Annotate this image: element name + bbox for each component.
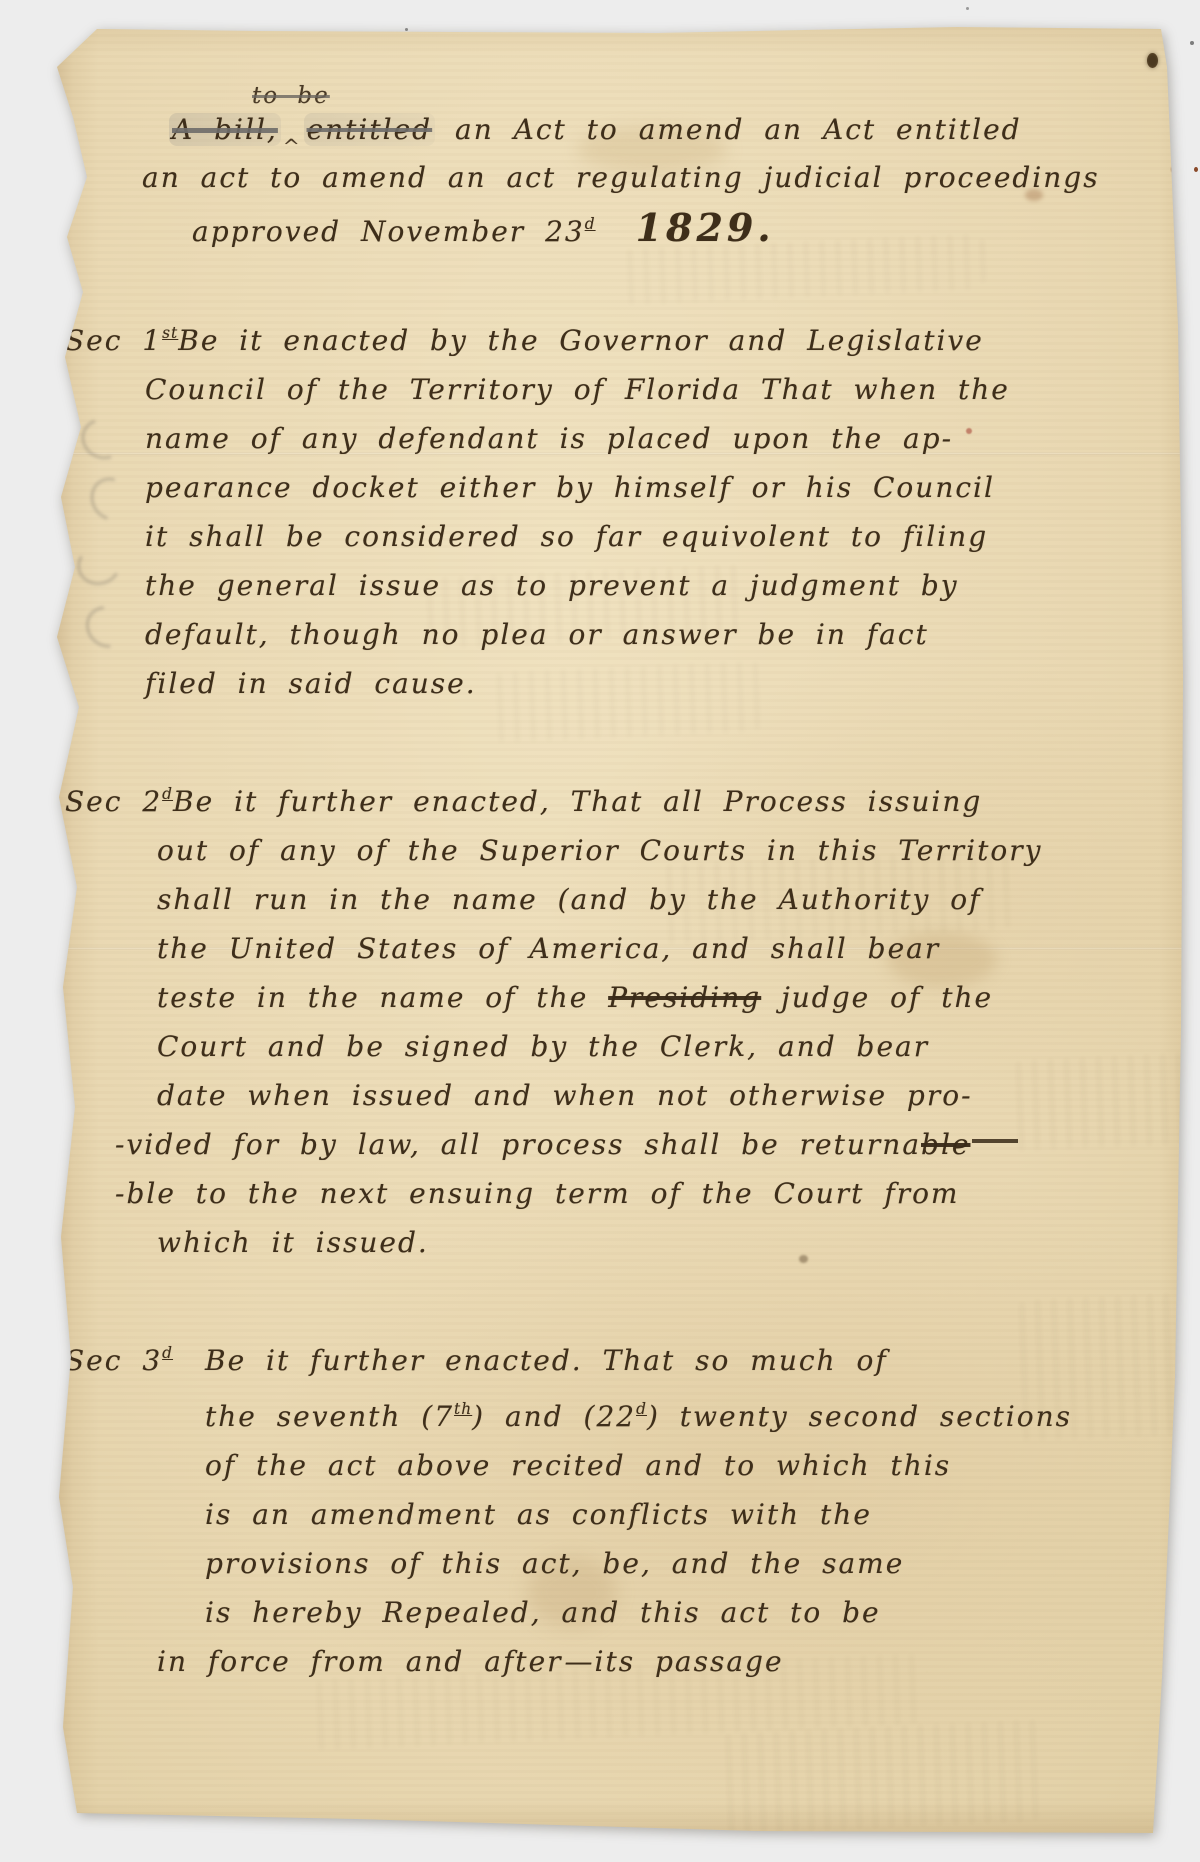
body-text: ) and (22 <box>472 1400 636 1433</box>
manuscript-paper: to be A bill,^entitled an Act to amend a… <box>57 27 1185 1835</box>
ordinal-superscript: st <box>162 324 178 342</box>
section-1-line-6: the general issue as to prevent a judgme… <box>145 561 1185 610</box>
manuscript-text: to be A bill,^entitled an Act to amend a… <box>57 27 1185 1835</box>
section-1-line-1: Sec 1stBe it enacted by the Governor and… <box>65 309 1185 365</box>
section-2-line-2: out of any of the Superior Courts in thi… <box>157 826 1185 875</box>
title-line-3: approved November 23d1829. <box>192 201 1185 255</box>
ordinal-superscript: d <box>162 1344 173 1362</box>
section-3-label: Sec 3d <box>65 1329 205 1385</box>
section-3: Sec 3dBe it further enacted. That so muc… <box>57 1329 1185 1686</box>
section-2-line-8: -vided for by law, all process shall be … <box>115 1120 1185 1169</box>
section-2-line-6: Court and be signed by the Clerk, and be… <box>157 1022 1185 1071</box>
section-number: Sec 2 <box>65 785 162 818</box>
section-number: Sec 1 <box>65 324 162 357</box>
body-text: its passage <box>595 1645 784 1678</box>
section-2-line-10: which it issued. <box>157 1218 1185 1267</box>
ordinal-superscript: d <box>162 785 173 803</box>
section-2: Sec 2dBe it further enacted, That all Pr… <box>57 770 1185 1267</box>
body-text: ) twenty second sections <box>647 1400 1072 1433</box>
title-line-2: an act to amend an act regulating judici… <box>142 155 1185 201</box>
section-3-line-4: is an amendment as conflicts with the <box>205 1490 1185 1539</box>
ordinal-superscript: d <box>585 215 596 233</box>
section-number: Sec 3 <box>65 1344 162 1377</box>
title-line-1: A bill,^entitled an Act to amend an Act … <box>169 107 1185 155</box>
body-text: Be it further enacted. That so much of <box>205 1344 888 1377</box>
section-2-line-9: -ble to the next ensuing term of the Cou… <box>115 1169 1185 1218</box>
section-1: Sec 1stBe it enacted by the Governor and… <box>57 309 1185 708</box>
body-text: in force from and after <box>157 1645 563 1678</box>
year-text: 1829. <box>636 205 775 250</box>
section-3-line-3: of the act above recited and to which th… <box>205 1441 1185 1490</box>
ink-stain <box>1171 165 1178 174</box>
section-3-line-2: the seventh (7th) and (22d) twenty secon… <box>205 1385 1185 1441</box>
struck-out-text: entitled <box>304 113 436 146</box>
title-text: an Act to amend an Act entitled <box>455 113 1022 146</box>
struck-out-text: A bill, <box>169 113 281 146</box>
section-3-line-7: in force from and after—its passage <box>157 1637 1185 1686</box>
section-1-line-3: name of any defendant is placed upon the… <box>145 414 1185 463</box>
ordinal-superscript: d <box>636 1400 647 1418</box>
section-2-line-3: shall run in the name (and by the Author… <box>157 875 1185 924</box>
dust-speck <box>966 7 969 10</box>
body-text: the seventh (7 <box>205 1400 454 1433</box>
section-1-label: Sec 1st <box>65 309 178 365</box>
inserted-words-row: to be <box>252 81 1185 107</box>
section-2-line-1: Sec 2dBe it further enacted, That all Pr… <box>65 770 1185 826</box>
section-3-line-1: Sec 3dBe it further enacted. That so muc… <box>65 1329 1185 1385</box>
approval-date-text: approved November 23 <box>192 215 585 248</box>
insertion-caret: ^ <box>283 134 302 158</box>
section-3-line-6: is hereby Repealed, and this act to be <box>205 1588 1185 1637</box>
section-1-line-2: Council of the Territory of Florida That… <box>145 365 1185 414</box>
pen-dash: — <box>565 1645 593 1678</box>
section-1-line-7: default, though no plea or answer be in … <box>145 610 1185 659</box>
dust-speck <box>1190 41 1194 45</box>
struck-out-word: Presiding <box>608 981 761 1014</box>
section-2-label: Sec 2d <box>65 770 173 826</box>
scanner-background: to be A bill,^entitled an Act to amend a… <box>0 0 1200 1862</box>
pencil-insertion-text: to be <box>252 83 330 109</box>
body-text: -vided for by law, all process shall be … <box>115 1128 921 1161</box>
ordinal-superscript: th <box>454 1400 472 1418</box>
section-1-line-4: pearance docket either by himself or his… <box>145 463 1185 512</box>
body-text: Be it enacted by the Governor and Legisl… <box>178 324 984 357</box>
section-3-line-5: provisions of this act, be, and the same <box>205 1539 1185 1588</box>
body-text: Be it further enacted, That all Process … <box>173 785 982 818</box>
section-2-line-5: teste in the name of the Presiding judge… <box>157 973 1185 1022</box>
section-2-line-4: the United States of America, and shall … <box>157 924 1185 973</box>
section-1-line-8: filed in said cause. <box>145 659 1185 708</box>
strike-mark <box>972 1139 1018 1143</box>
struck-out-word: ble <box>921 1128 970 1161</box>
dust-speck <box>1194 167 1198 172</box>
body-text: teste in the name of the <box>157 981 588 1014</box>
body-text: judge of the <box>781 981 993 1014</box>
section-1-line-5: it shall be considered so far equivolent… <box>145 512 1185 561</box>
section-2-line-7: date when issued and when not otherwise … <box>157 1071 1185 1120</box>
title-block: to be A bill,^entitled an Act to amend a… <box>57 81 1185 255</box>
paper-shadow-wrap: to be A bill,^entitled an Act to amend a… <box>57 27 1185 1835</box>
